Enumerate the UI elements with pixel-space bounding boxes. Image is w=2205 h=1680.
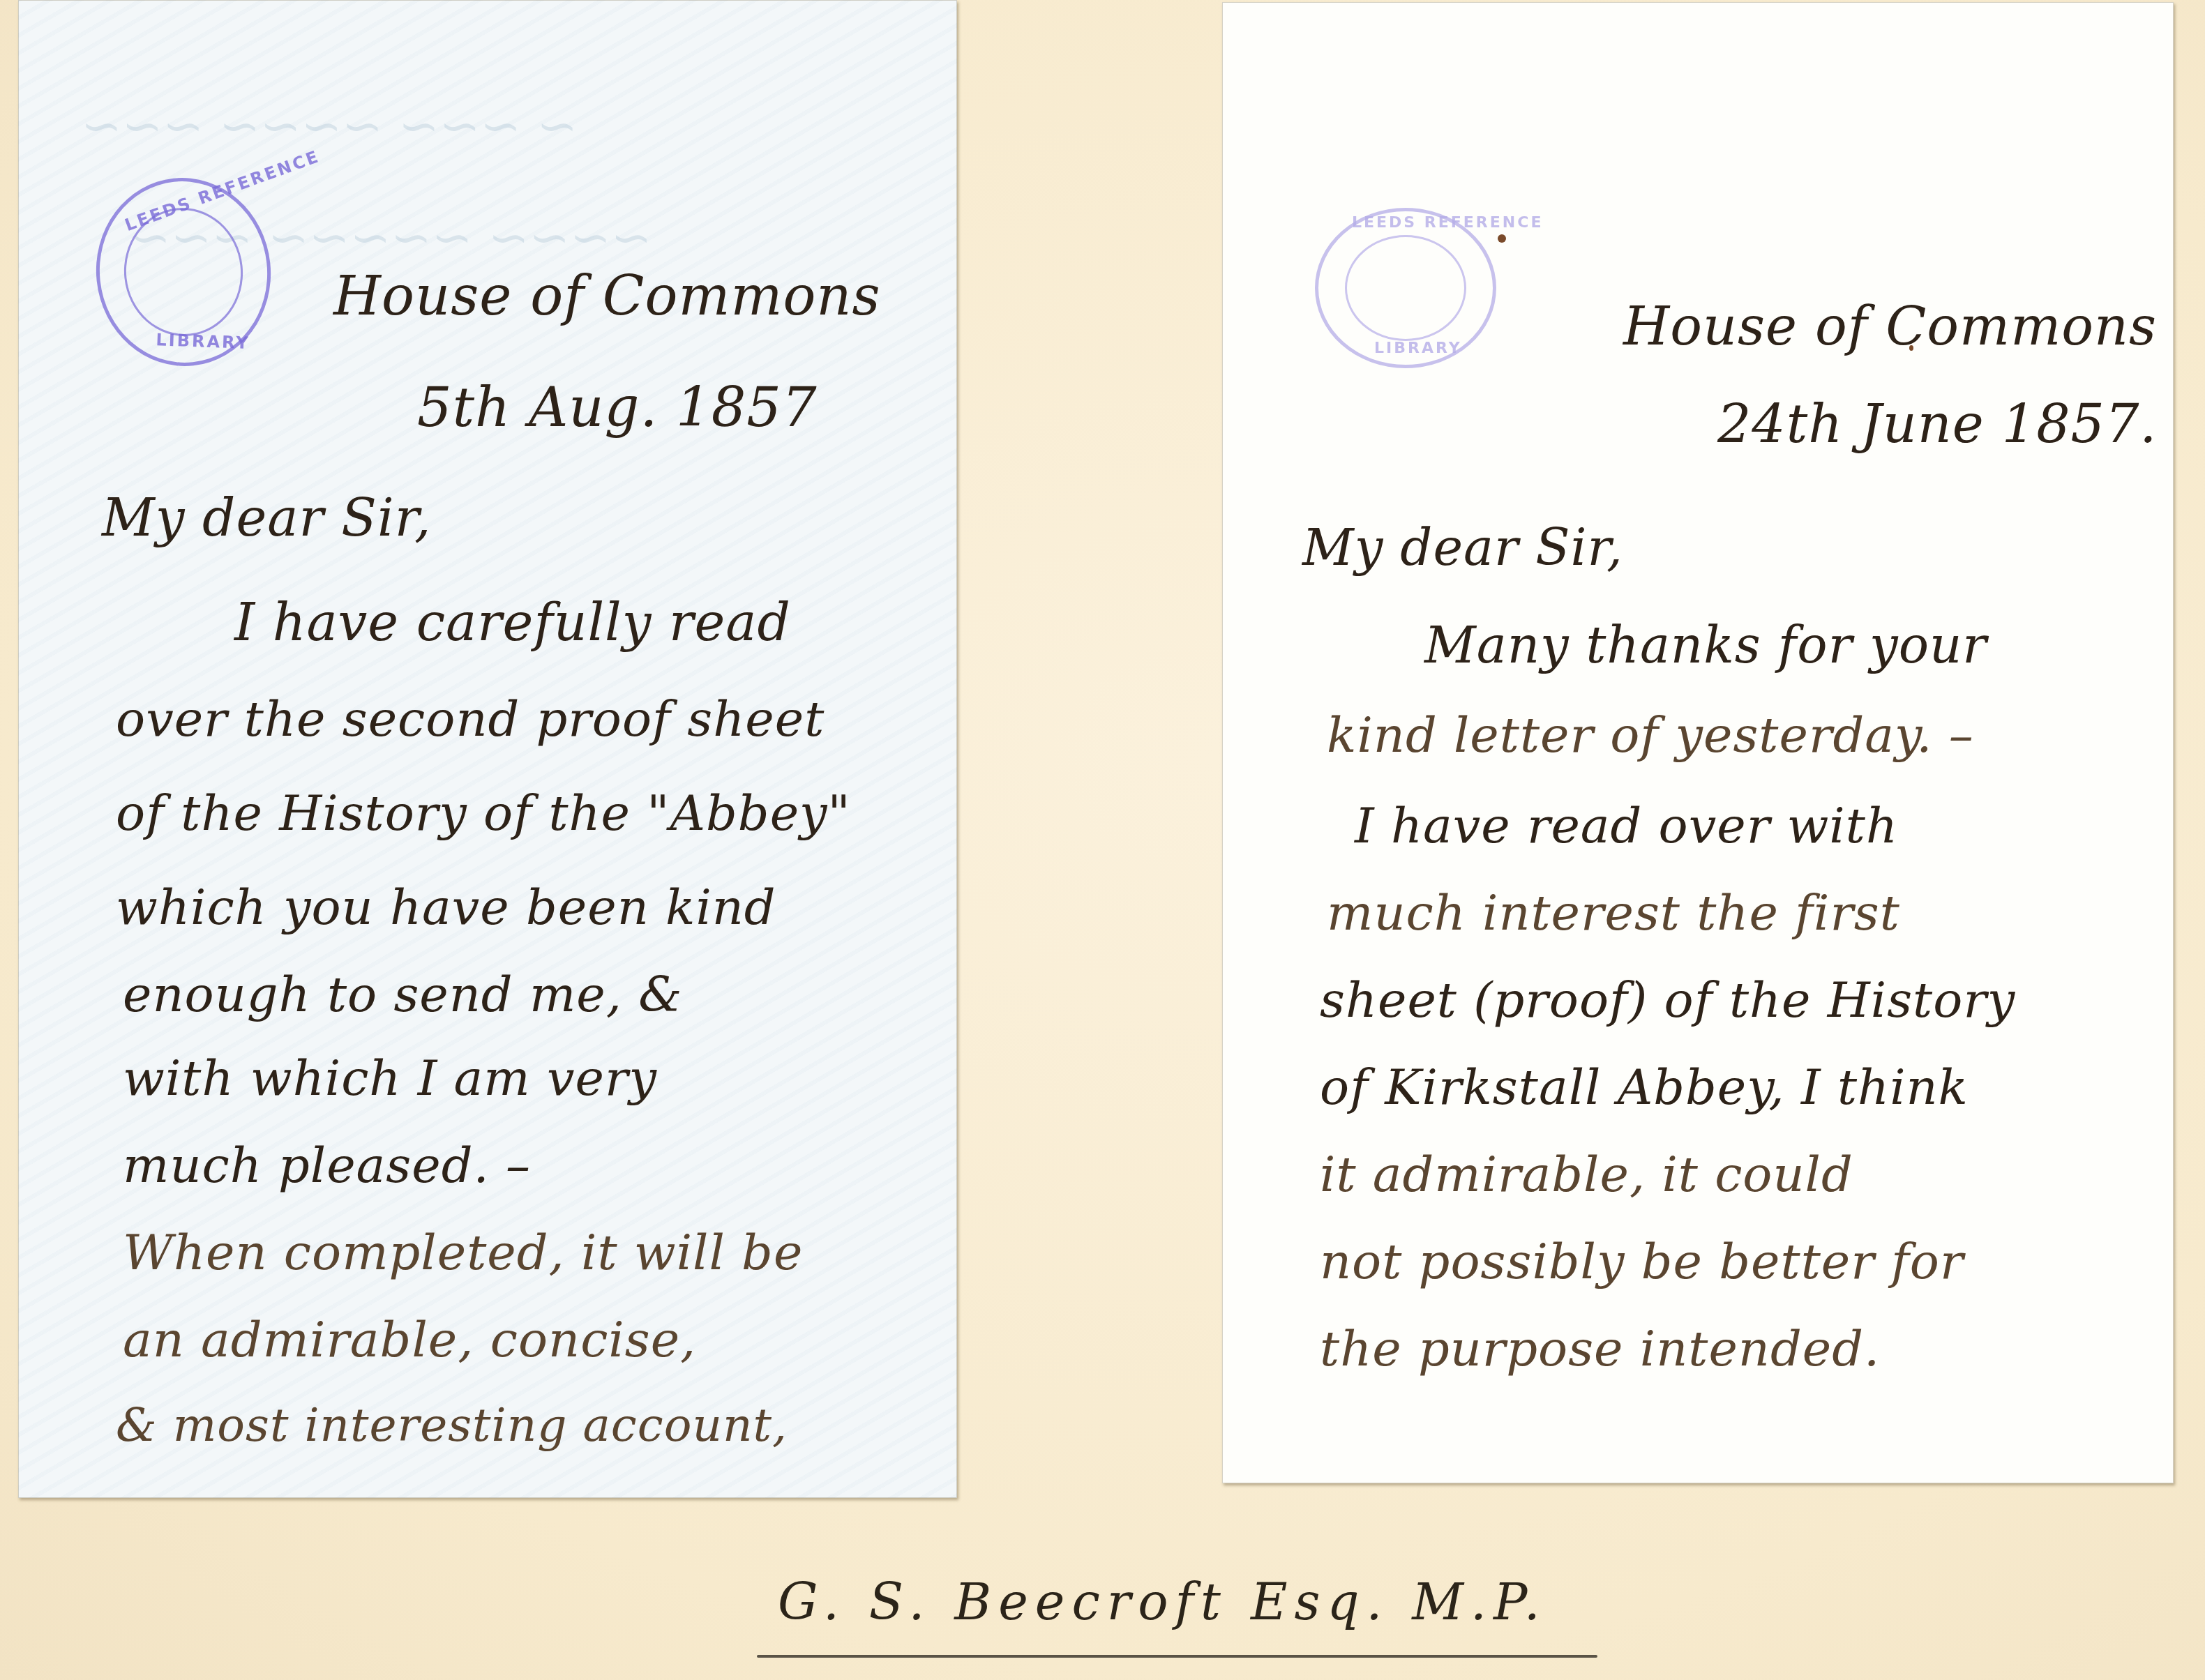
letter-line: the purpose intended. bbox=[1320, 1320, 1880, 1377]
letter-salutation: My dear Sir, bbox=[1302, 518, 1623, 577]
letter-date: 5th Aug. 1857 bbox=[417, 377, 818, 439]
caption-underline bbox=[757, 1655, 1597, 1658]
letter-line: not possibly be better for bbox=[1320, 1233, 1964, 1290]
album-caption: G. S. Beecroft Esq. M.P. bbox=[778, 1573, 1547, 1631]
letter-salutation: My dear Sir, bbox=[102, 488, 431, 548]
stamp-top-text: LEEDS REFERENCE bbox=[1352, 214, 1543, 232]
library-stamp: LEEDS REFERENCE LIBRARY bbox=[1315, 208, 1496, 368]
letter-line: Many thanks for your bbox=[1424, 616, 1987, 674]
album-page: ~ ~~~ ~~~~ ~~~ ~~~~ ~~~~~ ~~~ LEEDS REFE… bbox=[0, 0, 2205, 1680]
letter-date: 24th June 1857. bbox=[1717, 393, 2157, 455]
stamp-bottom-text: LIBRARY bbox=[1374, 340, 1462, 357]
letter-line: over the second proof sheet bbox=[116, 690, 825, 748]
letter-line: much pleased. – bbox=[123, 1137, 531, 1194]
letter-line: I have read over with bbox=[1355, 797, 1898, 854]
letter-line: I have carefully read bbox=[234, 593, 791, 653]
letter-line: it admirable, it could bbox=[1320, 1146, 1853, 1203]
letter-line: enough to send me, & bbox=[123, 966, 683, 1023]
letter-line: kind letter of yesterday. – bbox=[1327, 706, 1974, 764]
letter-line: with which I am very bbox=[123, 1050, 657, 1107]
library-stamp: LEEDS REFERENCE LIBRARY bbox=[87, 169, 280, 375]
letter-address: House of Commons bbox=[333, 265, 881, 328]
letter-line: an admirable, concise, bbox=[123, 1311, 696, 1368]
stamp-inner-ring bbox=[1345, 235, 1466, 341]
letter-line: which you have been kind bbox=[116, 879, 776, 936]
letter-line: sheet (proof) of the History bbox=[1320, 971, 2015, 1029]
letter-line: much interest the first bbox=[1327, 884, 1900, 941]
letter-line: of Kirkstall Abbey, I think bbox=[1320, 1059, 1969, 1116]
letter-left: ~ ~~~ ~~~~ ~~~ ~~~~ ~~~~~ ~~~ LEEDS REFE… bbox=[18, 0, 957, 1498]
letter-line: & most interesting account, bbox=[116, 1398, 788, 1452]
stamp-bottom-text: LIBRARY bbox=[156, 330, 250, 353]
letter-right: LEEDS REFERENCE LIBRARY House of Commons… bbox=[1222, 2, 2174, 1483]
letter-line: When completed, it will be bbox=[123, 1224, 803, 1281]
letter-address: House of Commons bbox=[1623, 295, 2157, 357]
letter-line: of the History of the "Abbey" bbox=[116, 785, 851, 842]
ink-spot bbox=[1498, 234, 1506, 243]
show-through-text: ~ ~~~ ~~~~ ~~~ bbox=[81, 98, 578, 155]
